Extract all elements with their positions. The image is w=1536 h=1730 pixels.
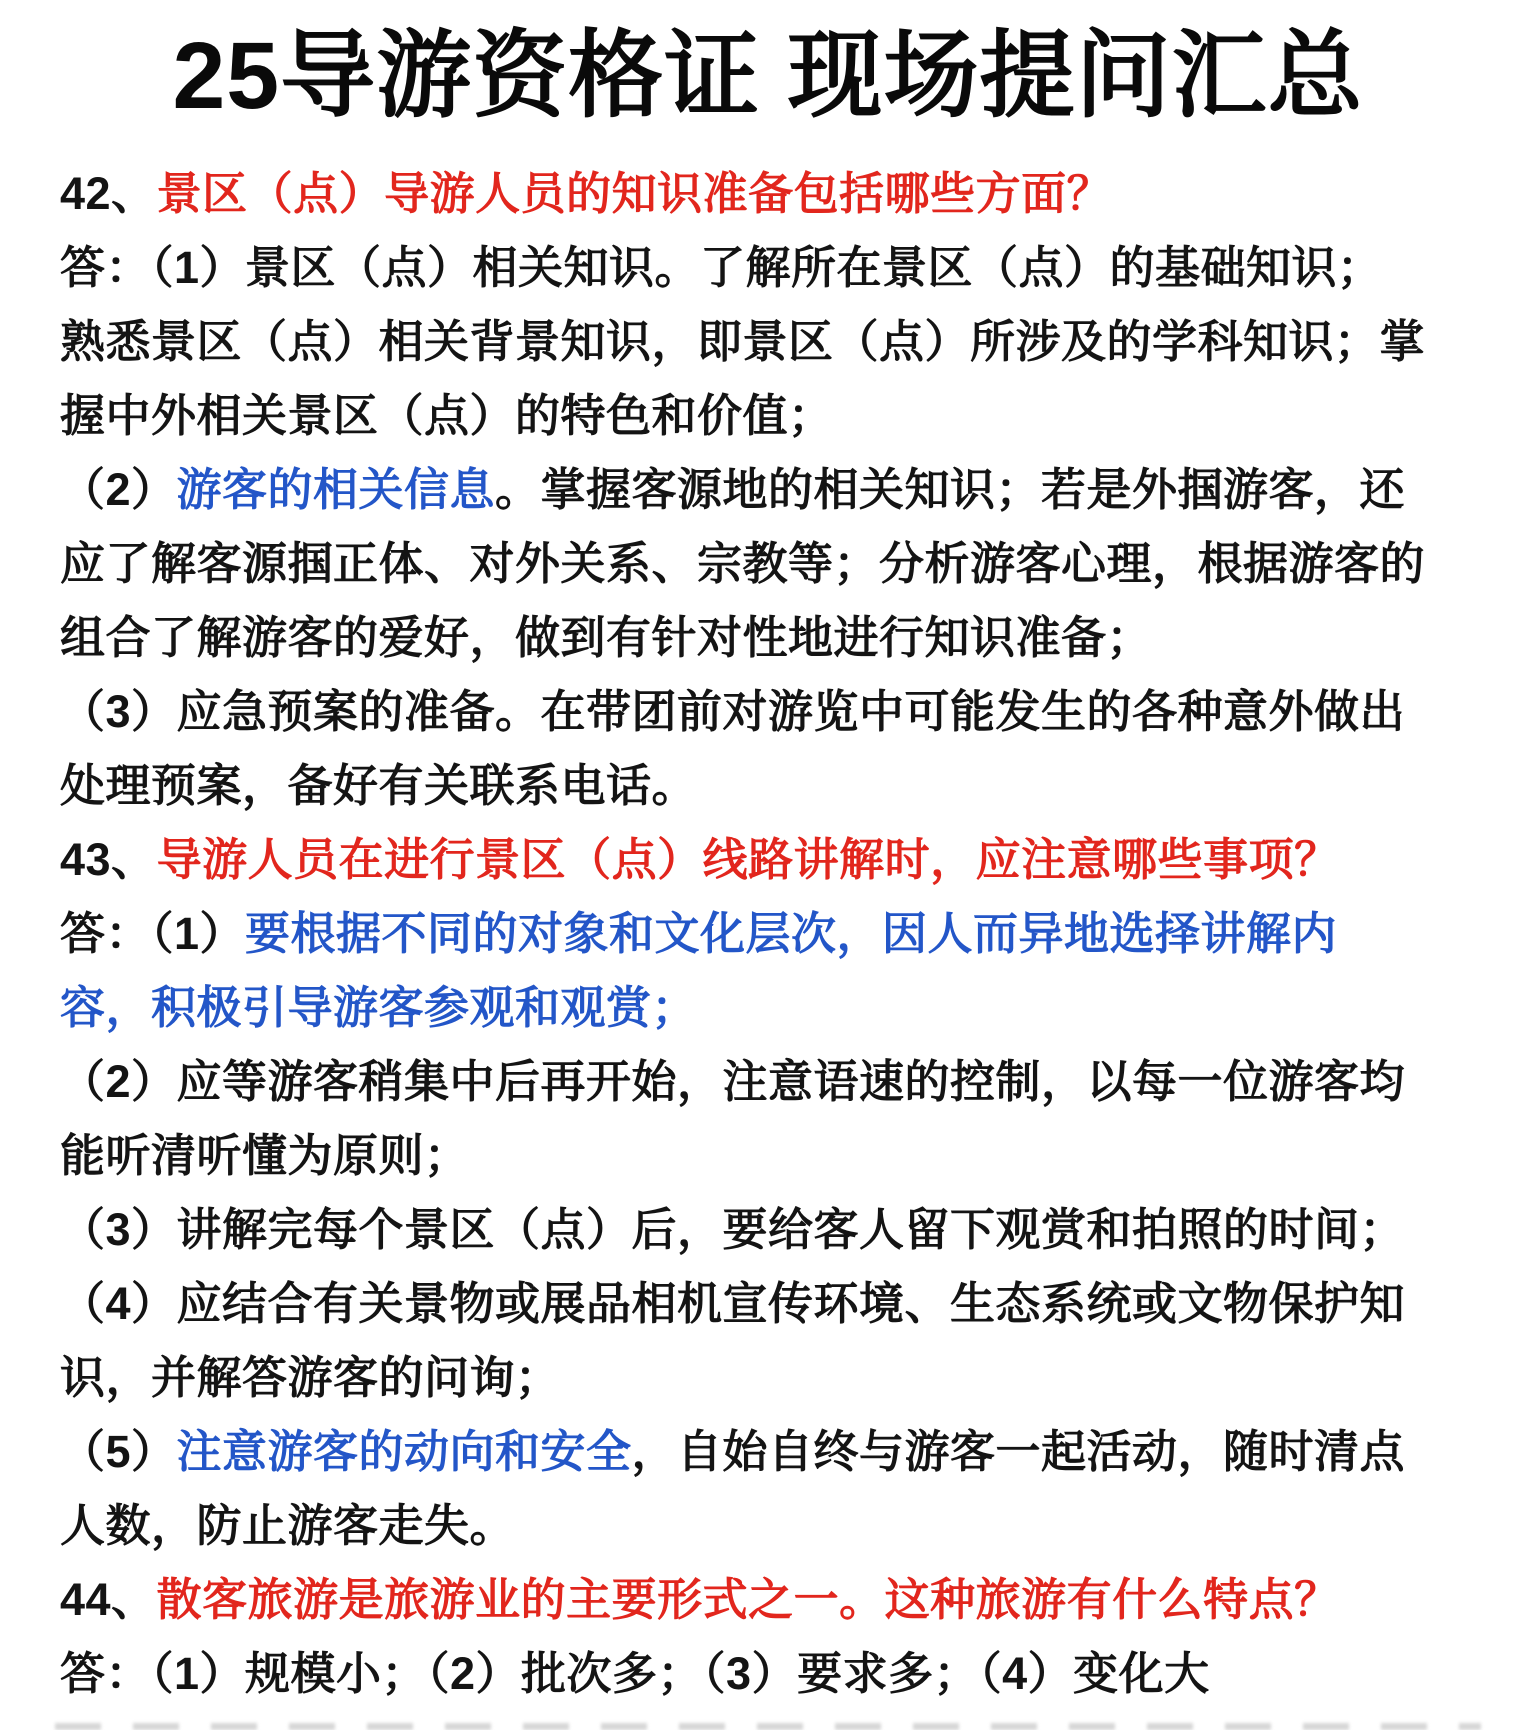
text-line: 42、景区（点）导游人员的知识准备包括哪些方面？ xyxy=(60,157,1476,231)
text-segment: 景区（点）导游人员的知识准备包括哪些方面？ xyxy=(157,168,1113,219)
text-segment: 42、 xyxy=(60,168,157,219)
text-line: （3）应急预案的准备。在带团前对游览中可能发生的各种意外做出 xyxy=(60,675,1476,749)
text-segment: （3）讲解完每个景区（点）后，要给客人留下观赏和拍照的时间； xyxy=(60,1204,1405,1255)
text-segment: （2）应等游客稍集中后再开始，注意语速的控制，以每一位游客均 xyxy=(60,1056,1405,1107)
text-segment: 答：（1）规模小；（2）批次多；（3）要求多；（4）变化大 xyxy=(60,1648,1210,1699)
document-body: 42、景区（点）导游人员的知识准备包括哪些方面？答：（1）景区（点）相关知识。了… xyxy=(60,157,1476,1711)
text-line: （3）讲解完每个景区（点）后，要给客人留下观赏和拍照的时间； xyxy=(60,1193,1476,1267)
text-line: （2）应等游客稍集中后再开始，注意语速的控制，以每一位游客均 xyxy=(60,1045,1476,1119)
document-page: 25导游资格证 现场提问汇总 42、景区（点）导游人员的知识准备包括哪些方面？答… xyxy=(0,26,1536,1711)
text-line: 43、导游人员在进行景区（点）线路讲解时，应注意哪些事项？ xyxy=(60,823,1476,897)
text-segment: 游客的相关信息 xyxy=(177,464,496,515)
text-line: （2）游客的相关信息。掌握客源地的相关知识；若是外掴游客，还 xyxy=(60,453,1476,527)
text-segment: 答：（1） xyxy=(60,908,245,959)
text-line: 44、散客旅游是旅游业的主要形式之一。这种旅游有什么特点？ xyxy=(60,1563,1476,1637)
text-line: 熟悉景区（点）相关背景知识，即景区（点）所涉及的学科知识；掌 xyxy=(60,305,1476,379)
text-segment: 识，并解答游客的问询； xyxy=(60,1352,561,1403)
text-segment: 能听清听懂为原则； xyxy=(60,1130,470,1181)
text-segment: （4）应结合有关景物或展品相机宣传环境、生态系统或文物保护知 xyxy=(60,1278,1405,1329)
text-line: 握中外相关景区（点）的特色和价值； xyxy=(60,379,1476,453)
text-segment: 熟悉景区（点）相关背景知识，即景区（点）所涉及的学科知识；掌 xyxy=(60,316,1425,367)
cutoff-next-line-artifact xyxy=(55,1723,1481,1730)
text-segment: （5） xyxy=(60,1426,177,1477)
text-line: 处理预案，备好有关联系电话。 xyxy=(60,749,1476,823)
text-segment: 。掌握客源地的相关知识；若是外掴游客，还 xyxy=(495,464,1405,515)
text-segment: 组合了解游客的爱好，做到有针对性地进行知识准备； xyxy=(60,612,1152,663)
text-segment: 44、 xyxy=(60,1574,157,1625)
text-line: 应了解客源掴正体、对外关系、宗教等；分析游客心理，根据游客的 xyxy=(60,527,1476,601)
text-line: 组合了解游客的爱好，做到有针对性地进行知识准备； xyxy=(60,601,1476,675)
text-line: 容，积极引导游客参观和观赏； xyxy=(60,971,1476,1045)
text-segment: （2） xyxy=(60,464,177,515)
text-segment: 握中外相关景区（点）的特色和价值； xyxy=(60,390,834,441)
text-segment: 要根据不同的对象和文化层次，因人而异地选择讲解内 xyxy=(245,908,1337,959)
text-line: 答：（1）景区（点）相关知识。了解所在景区（点）的基础知识； xyxy=(60,231,1476,305)
text-segment: 容，积极引导游客参观和观赏； xyxy=(60,982,697,1033)
text-segment: 人数，防止游客走失。 xyxy=(60,1500,515,1551)
page-title: 25导游资格证 现场提问汇总 xyxy=(70,26,1466,127)
text-segment: 43、 xyxy=(60,834,157,885)
text-segment: 答：（1）景区（点）相关知识。了解所在景区（点）的基础知识； xyxy=(60,242,1383,293)
text-segment: 注意游客的动向和安全 xyxy=(177,1426,632,1477)
text-line: 答：（1）要根据不同的对象和文化层次，因人而异地选择讲解内 xyxy=(60,897,1476,971)
text-line: 能听清听懂为原则； xyxy=(60,1119,1476,1193)
text-segment: ，自始自终与游客一起活动，随时清点 xyxy=(632,1426,1406,1477)
text-line: （5）注意游客的动向和安全，自始自终与游客一起活动，随时清点 xyxy=(60,1415,1476,1489)
text-segment: 导游人员在进行景区（点）线路讲解时，应注意哪些事项？ xyxy=(157,834,1340,885)
text-segment: （3）应急预案的准备。在带团前对游览中可能发生的各种意外做出 xyxy=(60,686,1405,737)
text-line: （4）应结合有关景物或展品相机宣传环境、生态系统或文物保护知 xyxy=(60,1267,1476,1341)
text-segment: 散客旅游是旅游业的主要形式之一。这种旅游有什么特点？ xyxy=(157,1574,1340,1625)
text-line: 答：（1）规模小；（2）批次多；（3）要求多；（4）变化大 xyxy=(60,1637,1476,1711)
text-line: 人数，防止游客走失。 xyxy=(60,1489,1476,1563)
text-segment: 应了解客源掴正体、对外关系、宗教等；分析游客心理，根据游客的 xyxy=(60,538,1425,589)
text-line: 识，并解答游客的问询； xyxy=(60,1341,1476,1415)
text-segment: 处理预案，备好有关联系电话。 xyxy=(60,760,697,811)
